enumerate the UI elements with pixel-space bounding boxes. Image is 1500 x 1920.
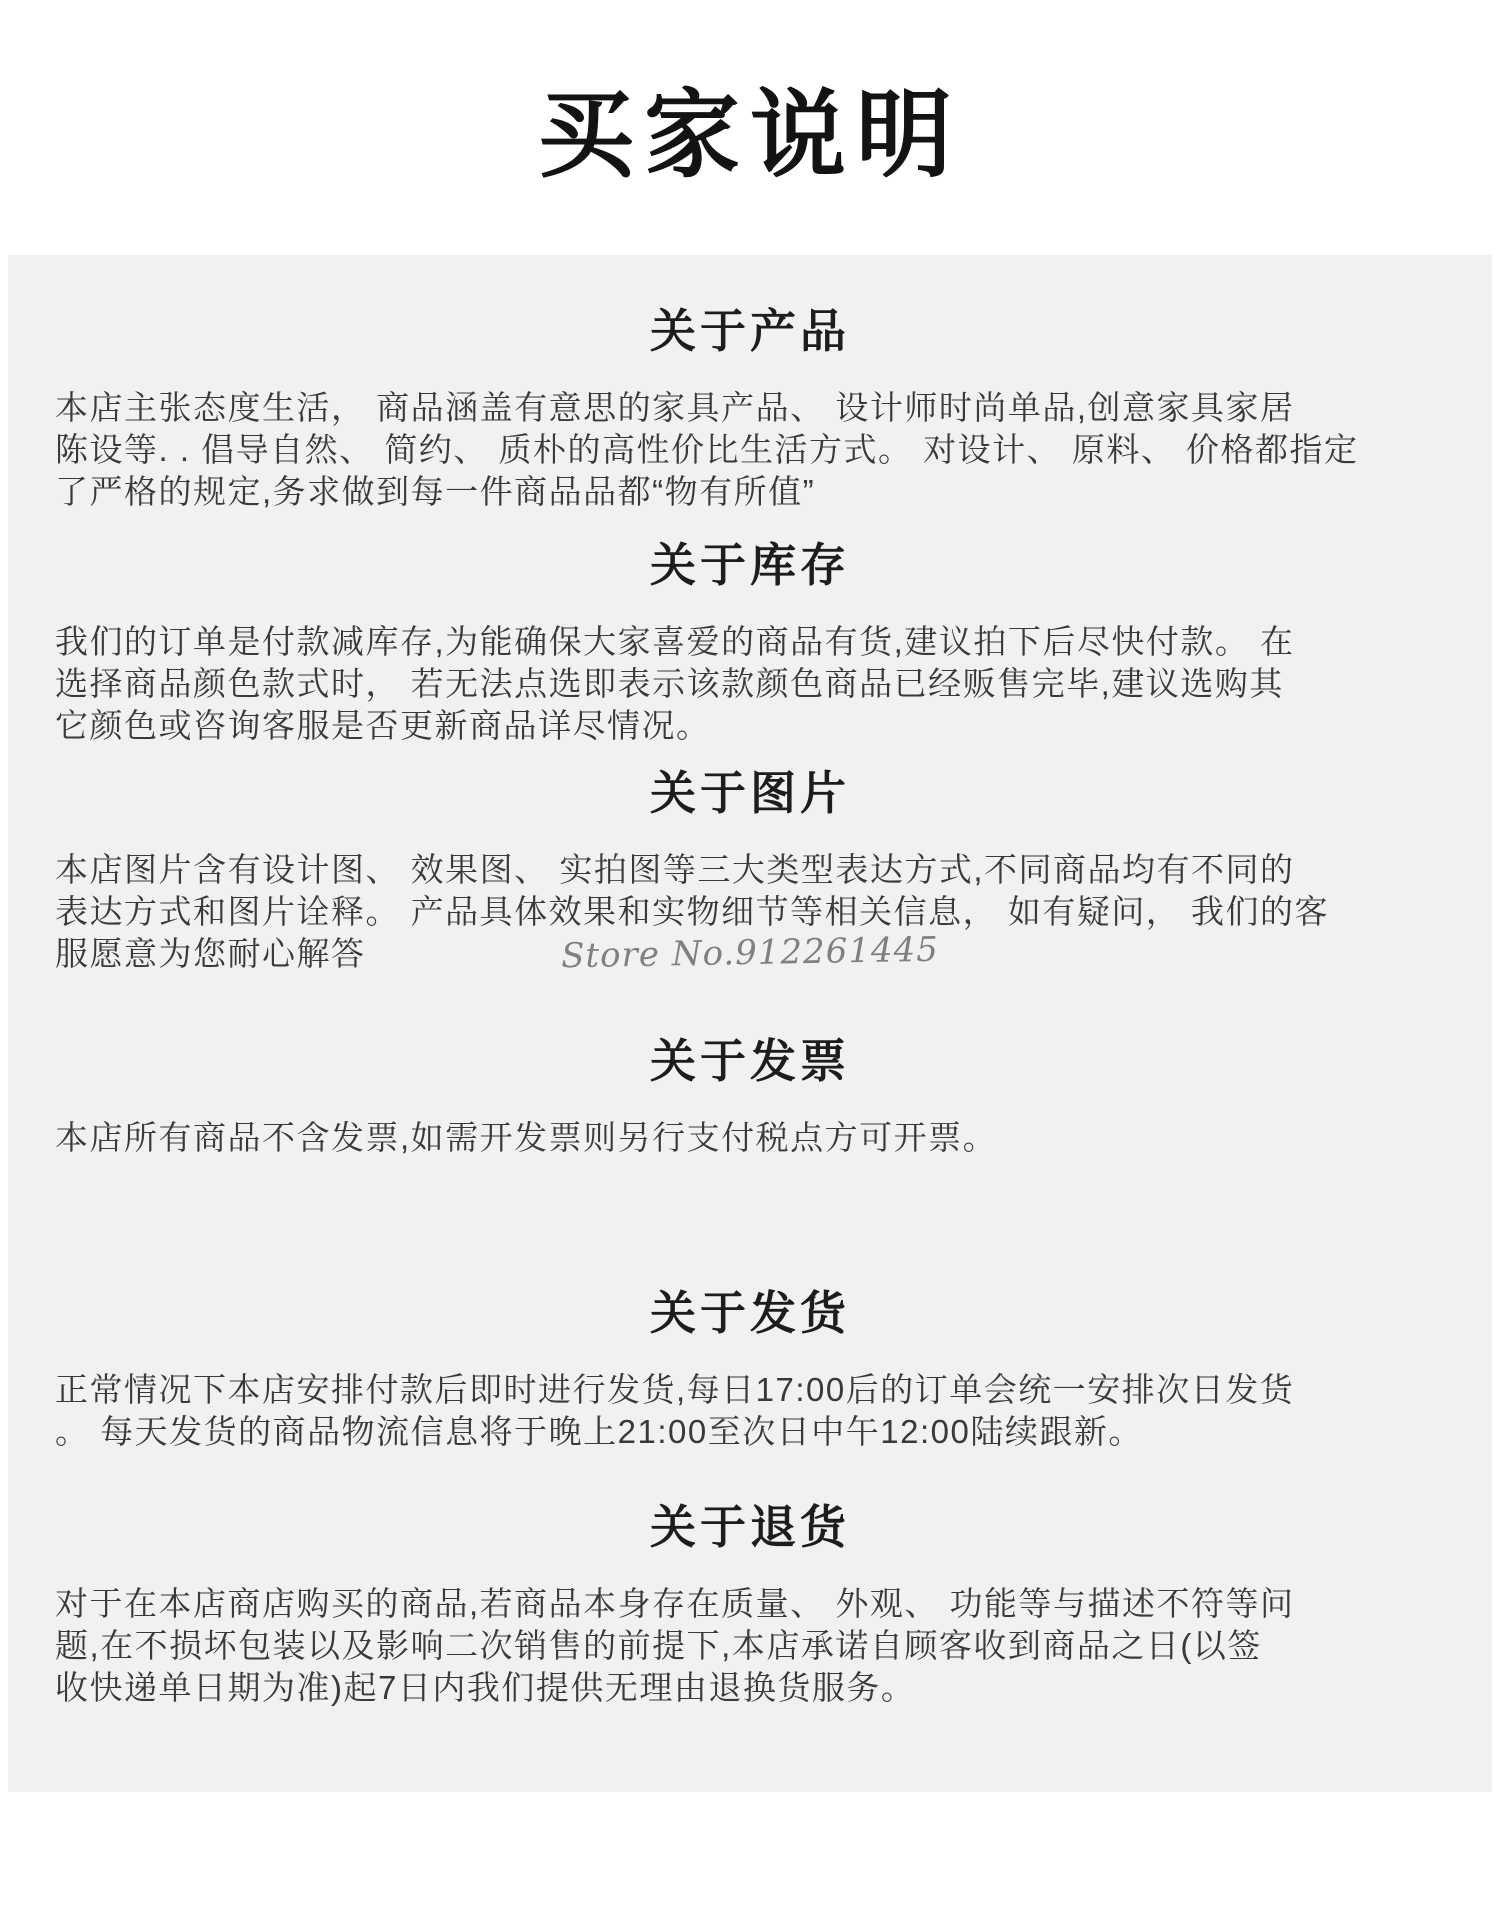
section-about-photos: 关于图片 本店图片含有设计图、 效果图、 实拍图等三大类型表达方式,不同商品均有…: [55, 765, 1445, 975]
buyer-notice-page: 买家说明 关于产品 本店主张态度生活， 商品涵盖有意思的家具产品、 设计师时尚单…: [0, 0, 1500, 1920]
paragraph-line: 本店图片含有设计图、 效果图、 实拍图等三大类型表达方式,不同商品均有不同的: [55, 849, 1445, 891]
section-body: 本店主张态度生活， 商品涵盖有意思的家具产品、 设计师时尚单品,创意家具家居 陈…: [55, 387, 1445, 513]
store-watermark-text: Store No.912261445: [561, 930, 939, 977]
paragraph-line: 表达方式和图片诠释。 产品具体效果和实物细节等相关信息， 如有疑问， 我们的客: [55, 891, 1445, 933]
paragraph-line: 本店主张态度生活， 商品涵盖有意思的家具产品、 设计师时尚单品,创意家具家居: [55, 387, 1445, 429]
section-about-invoice: 关于发票 本店所有商品不含发票,如需开发票则另行支付税点方可开票。: [55, 1033, 1445, 1159]
section-heading: 关于发货: [55, 1285, 1445, 1341]
content-panel: 关于产品 本店主张态度生活， 商品涵盖有意思的家具产品、 设计师时尚单品,创意家…: [8, 255, 1492, 1792]
section-about-product: 关于产品 本店主张态度生活， 商品涵盖有意思的家具产品、 设计师时尚单品,创意家…: [55, 303, 1445, 513]
section-body: 正常情况下本店安排付款后即时进行发货,每日17:00后的订单会统一安排次日发货 …: [55, 1369, 1445, 1453]
paragraph-line: 对于在本店商店购买的商品,若商品本身存在质量、 外观、 功能等与描述不符等问: [55, 1583, 1445, 1625]
section-about-stock: 关于库存 我们的订单是付款减库存,为能确保大家喜爱的商品有货,建议拍下后尽快付款…: [55, 537, 1445, 747]
section-about-shipping: 关于发货 正常情况下本店安排付款后即时进行发货,每日17:00后的订单会统一安排…: [55, 1285, 1445, 1453]
paragraph-line: 本店所有商品不含发票,如需开发票则另行支付税点方可开票。: [55, 1117, 1445, 1159]
page-title: 买家说明: [0, 0, 1500, 193]
paragraph-line: 选择商品颜色款式时， 若无法点选即表示该款颜色商品已经贩售完毕,建议选购其: [55, 663, 1445, 705]
section-heading: 关于产品: [55, 303, 1445, 359]
paragraph-line: 题,在不损坏包装以及影响二次销售的前提下,本店承诺自顾客收到商品之日(以签: [55, 1625, 1445, 1667]
section-body: 对于在本店商店购买的商品,若商品本身存在质量、 外观、 功能等与描述不符等问 题…: [55, 1583, 1445, 1709]
paragraph-line: 了严格的规定,务求做到每一件商品品都“物有所值”: [55, 471, 1445, 513]
paragraph-line: 。 每天发货的商品物流信息将于晚上21:00至次日中午12:00陆续跟新。: [55, 1411, 1445, 1453]
paragraph-line: 我们的订单是付款减库存,为能确保大家喜爱的商品有货,建议拍下后尽快付款。 在: [55, 621, 1445, 663]
section-body: 我们的订单是付款减库存,为能确保大家喜爱的商品有货,建议拍下后尽快付款。 在 选…: [55, 621, 1445, 747]
paragraph-line: 收快递单日期为准)起7日内我们提供无理由退换货服务。: [55, 1667, 1445, 1709]
section-heading: 关于发票: [55, 1033, 1445, 1089]
paragraph-line: 陈设等. . 倡导自然、 简约、 质朴的高性价比生活方式。 对设计、 原料、 价…: [55, 429, 1445, 471]
section-heading: 关于库存: [55, 537, 1445, 593]
section-about-returns: 关于退货 对于在本店商店购买的商品,若商品本身存在质量、 外观、 功能等与描述不…: [55, 1499, 1445, 1709]
section-heading: 关于图片: [55, 765, 1445, 821]
section-heading: 关于退货: [55, 1499, 1445, 1555]
section-body: 本店所有商品不含发票,如需开发票则另行支付税点方可开票。: [55, 1117, 1445, 1159]
paragraph-line: 正常情况下本店安排付款后即时进行发货,每日17:00后的订单会统一安排次日发货: [55, 1369, 1445, 1411]
paragraph-line: 它颜色或咨询客服是否更新商品详尽情况。: [55, 705, 1445, 747]
section-body: 本店图片含有设计图、 效果图、 实拍图等三大类型表达方式,不同商品均有不同的 表…: [55, 849, 1445, 975]
